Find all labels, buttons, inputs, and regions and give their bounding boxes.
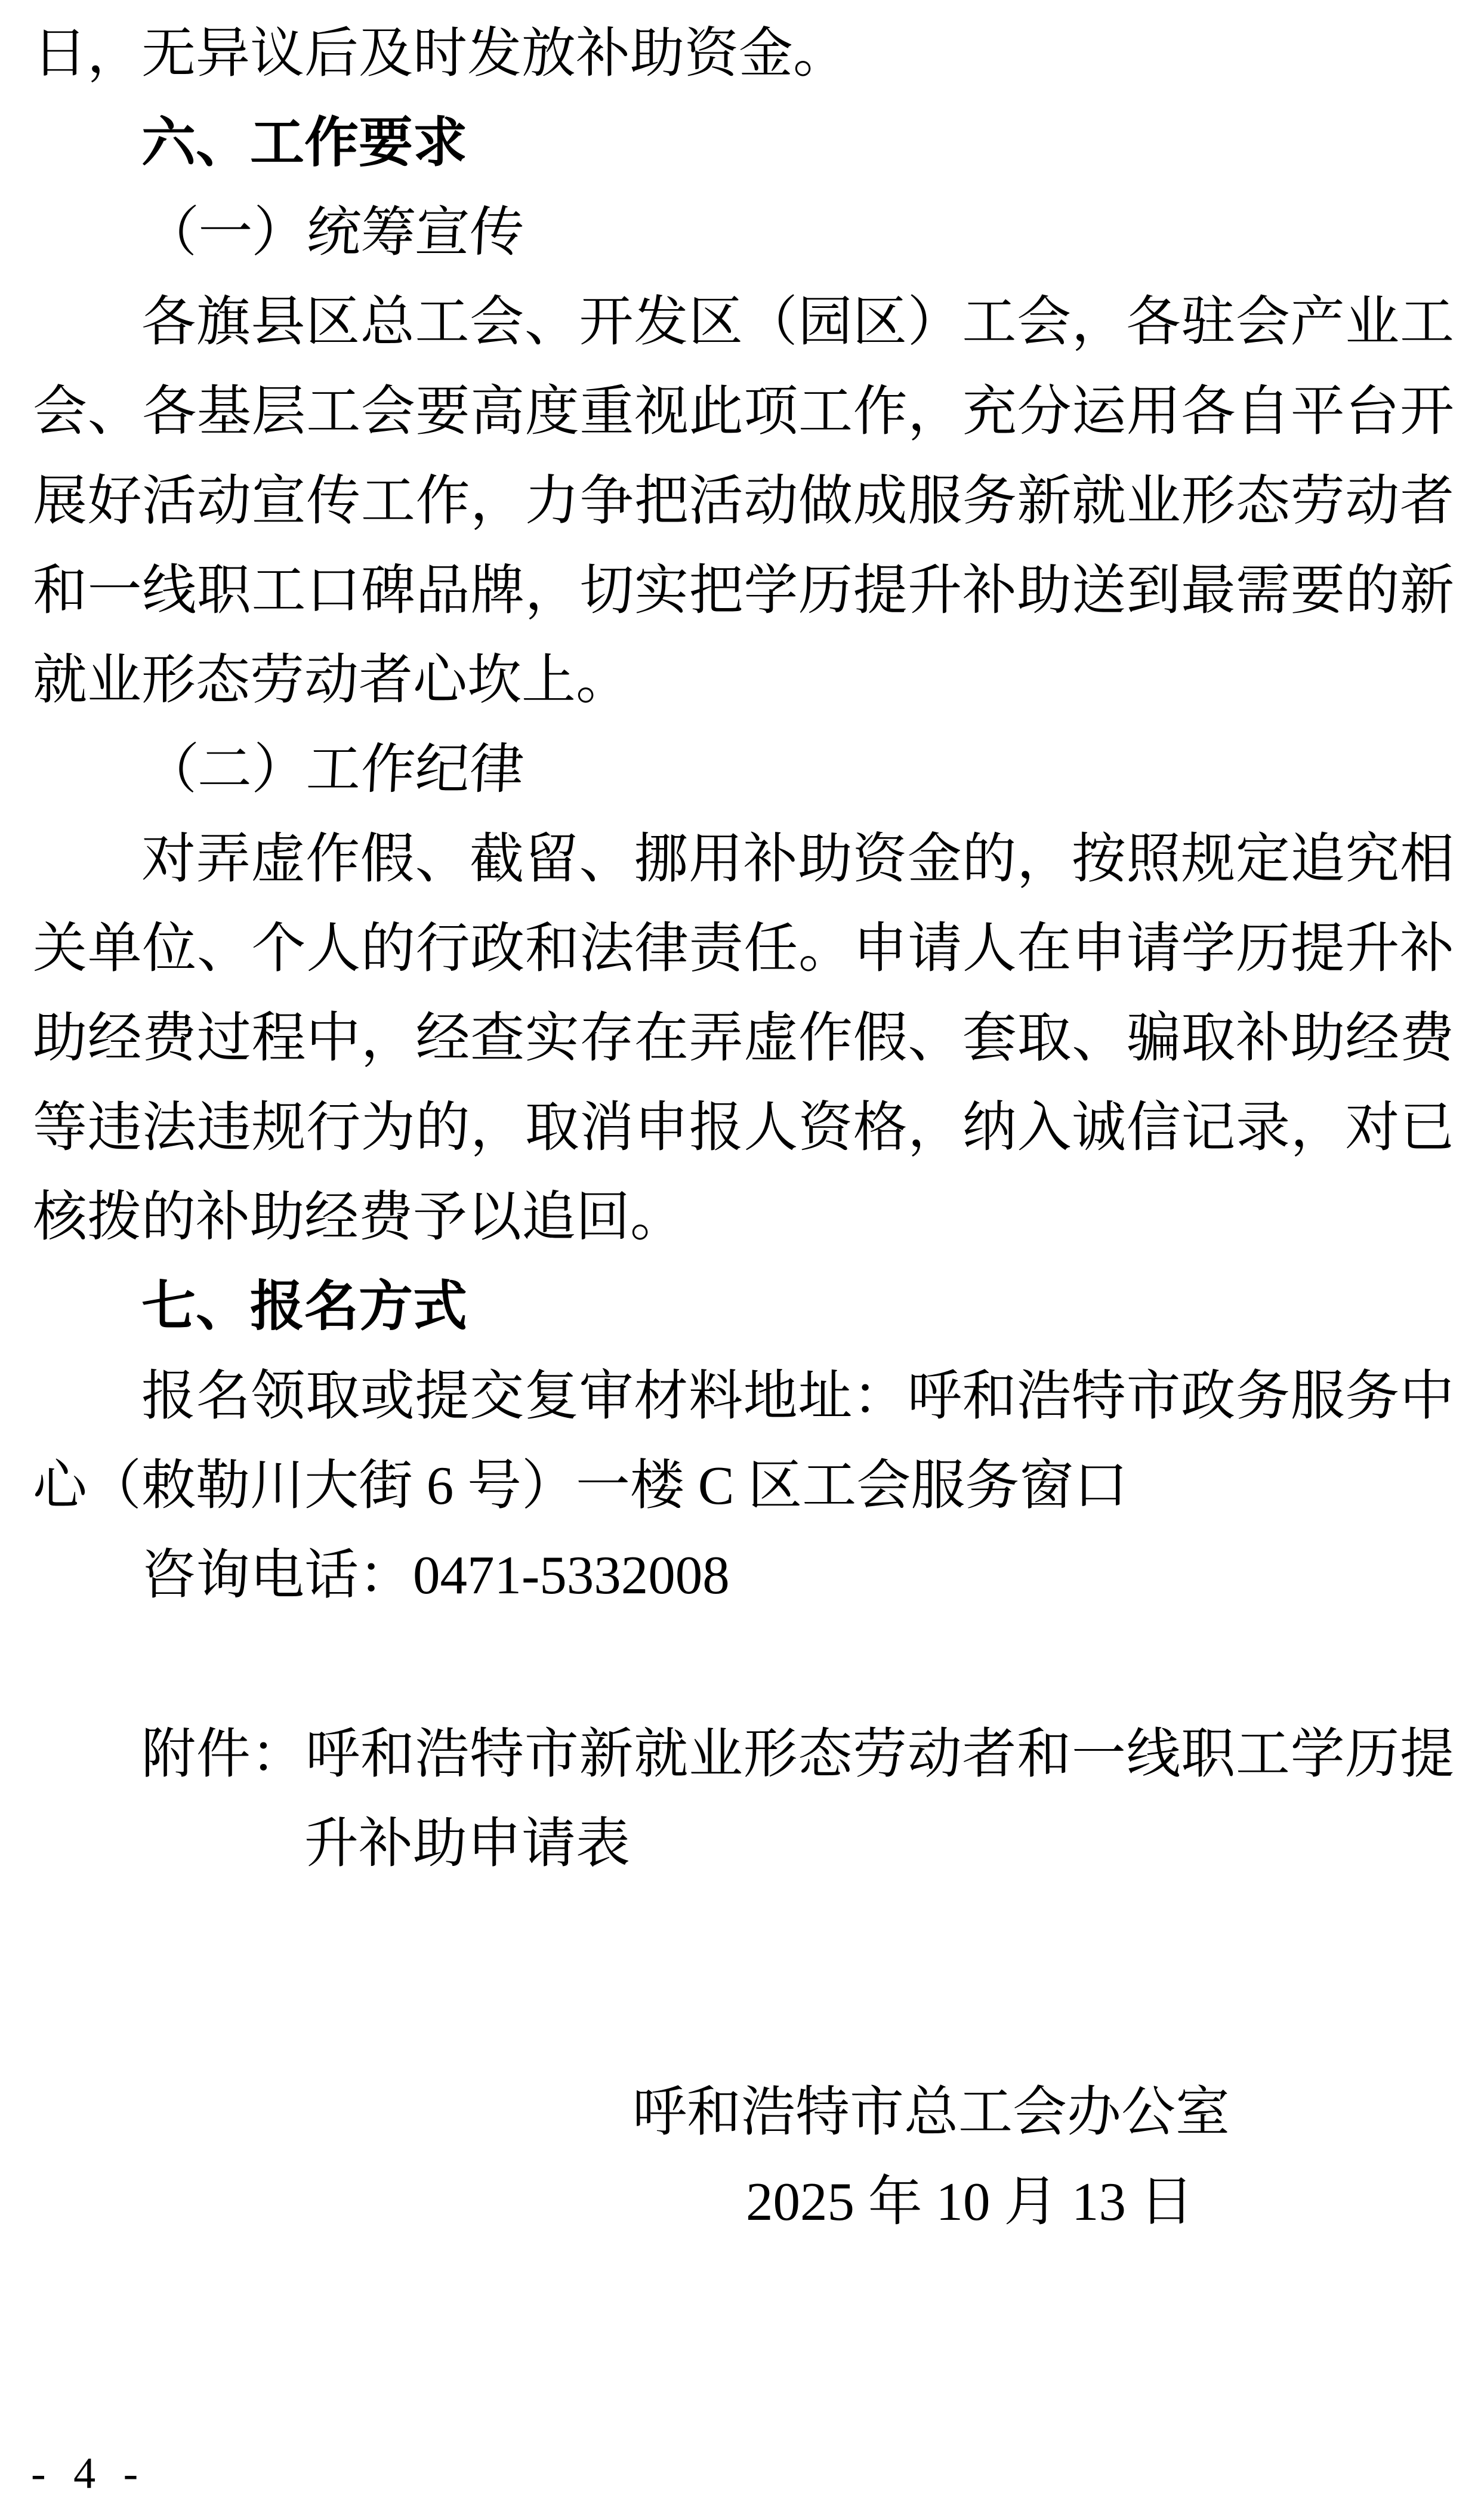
- body-text-line: 和一线职工口碑品牌，切实把学历提升补助送到最需要的新: [33, 546, 1454, 636]
- body-text-line: 升补助申请表: [33, 1799, 1454, 1889]
- body-text-line: 展好活动宣传工作，力争把活动做成服务新就业形态劳动者: [33, 457, 1454, 546]
- body-text-line: 核拨的补助经费予以追回。: [33, 1173, 1454, 1262]
- body-text-line: 助经费过程中，经查实存在弄虚作假、套取、骗取补助经费: [33, 994, 1454, 1083]
- blank-line: [33, 1620, 1454, 1710]
- body-text-line: 关单位、个人的行政和法律责任。申请人在申请学历提升补: [33, 904, 1454, 994]
- body-text-line: 心（敕勒川大街 6 号）一楼 C 区工会服务窗口: [33, 1441, 1454, 1531]
- section-heading: 六、工作要求: [33, 98, 1454, 188]
- section-heading: 七、报名方式: [33, 1262, 1454, 1352]
- body-text-line: 各旗县区总工会、开发区（园区）工会，各驻会产业工: [33, 277, 1454, 367]
- body-text-line: 会、各基层工会要高度重视此项工作，充分运用各自平台开: [33, 367, 1454, 457]
- body-text-line: 等违法违规行为的，取消申报人资格，纳入诚信记录，对已: [33, 1083, 1454, 1173]
- subsection-heading: （一）统筹宣传: [33, 188, 1459, 277]
- document-body: 日，无异议后及时发放补助资金。六、工作要求（一）统筹宣传各旗县区总工会、开发区（…: [33, 9, 1454, 2247]
- page-number: - 4 -: [31, 2450, 146, 2497]
- document-page: 日，无异议后及时发放补助资金。六、工作要求（一）统筹宣传各旗县区总工会、开发区（…: [0, 0, 1481, 2520]
- body-text-line: 附件：呼和浩特市新就业形态劳动者和一线职工学历提: [33, 1710, 1454, 1799]
- body-text-line: 报名领取或提交复审材料地址：呼和浩特市政务服务中: [33, 1352, 1454, 1441]
- date-line: 2025 年 10 月 13 日: [33, 2157, 1454, 2247]
- body-text-line: 日，无异议后及时发放补助资金。: [33, 9, 1454, 98]
- body-text-line: 对弄虚作假、截留、挪用补助资金的，按照规定追究相: [33, 815, 1454, 904]
- signature-line: 呼和浩特市总工会办公室: [33, 2068, 1454, 2157]
- subsection-heading: （二）工作纪律: [33, 725, 1459, 815]
- blank-line: [33, 1889, 1454, 1978]
- body-text-line: 咨询电话：0471-5332008: [33, 1531, 1454, 1620]
- blank-line: [33, 1978, 1454, 2068]
- body-text-line: 就业形态劳动者心坎上。: [33, 636, 1454, 725]
